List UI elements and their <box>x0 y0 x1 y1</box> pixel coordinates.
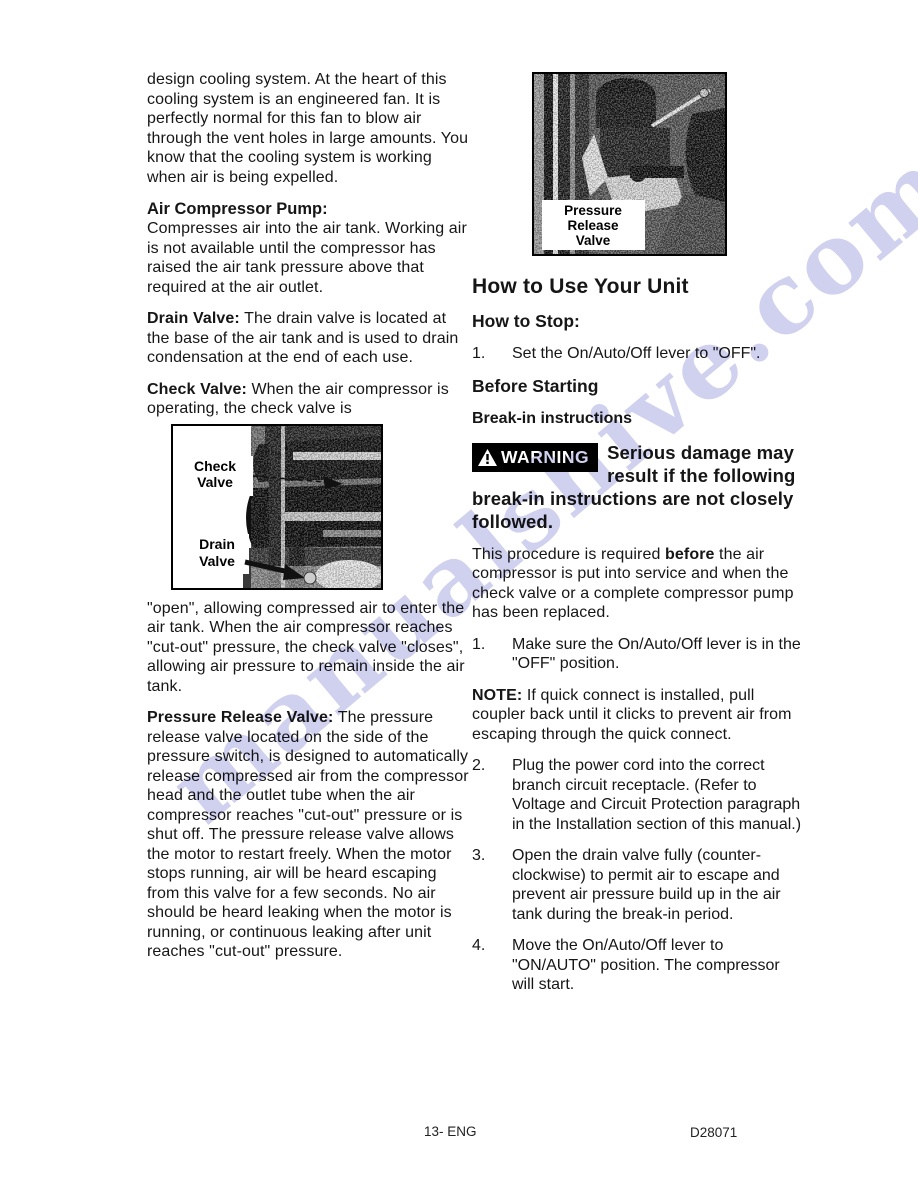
right-column: Pressure Release Valve How to Use Your U… <box>472 72 805 995</box>
check-valve-continued: "open", allowing compressed air to enter… <box>147 599 469 697</box>
note-paragraph: NOTE: If quick connect is installed, pul… <box>472 686 805 745</box>
step-text: Plug the power cord into the correct bra… <box>512 756 805 834</box>
figure-check-valve-label-line2: Valve <box>197 474 233 490</box>
breakin-step-3: 3. Open the drain valve fully (counter-c… <box>472 846 805 924</box>
warning-block: WARNING Serious damage may result if the… <box>472 441 805 533</box>
pressure-release-figure: Pressure Release Valve <box>532 72 727 256</box>
pressure-release-text: The pressure release valve located on th… <box>147 709 469 960</box>
pressure-release-paragraph: Pressure Release Valve: The pressure rel… <box>147 708 469 962</box>
check-valve-label: Check Valve: <box>147 381 247 398</box>
breakin-heading: Break-in instructions <box>472 410 805 428</box>
figure-prv-label-line1: Pressure <box>564 203 622 218</box>
procedure-bold-word: before <box>665 546 715 563</box>
pressure-release-label: Pressure Release Valve: <box>147 709 333 726</box>
step-number: 4. <box>472 936 512 995</box>
warning-triangle-icon <box>478 449 497 466</box>
procedure-paragraph: This procedure is required before the ai… <box>472 545 805 623</box>
breakin-step-2: 2. Plug the power cord into the correct … <box>472 756 805 834</box>
breakin-step-1: 1. Make sure the On/Auto/Off lever is in… <box>472 635 805 674</box>
document-number: D28071 <box>690 1125 737 1140</box>
step-number: 3. <box>472 846 512 924</box>
drain-valve-label: Drain Valve: <box>147 310 240 327</box>
pump-body: Compresses air into the air tank. Workin… <box>147 219 469 297</box>
figure-prv-label-line2: Release <box>567 218 619 233</box>
step-number: 2. <box>472 756 512 834</box>
procedure-pre: This procedure is required <box>472 546 665 563</box>
check-valve-figure: Check Valve Drain Valve <box>171 424 383 590</box>
check-valve-paragraph: Check Valve: When the air compressor is … <box>147 380 469 419</box>
figure-drain-valve-label-line1: Drain <box>199 536 235 552</box>
warning-badge: WARNING <box>472 443 598 472</box>
stop-step: 1. Set the On/Auto/Off lever to "OFF". <box>472 344 805 364</box>
drain-valve-knob <box>304 572 316 584</box>
step-text: Move the On/Auto/Off lever to "ON/AUTO" … <box>512 936 805 995</box>
stop-step-number: 1. <box>472 344 512 364</box>
before-starting-heading: Before Starting <box>472 376 805 397</box>
page-number: 13- ENG <box>424 1124 477 1139</box>
warning-badge-text: WARNING <box>501 446 589 469</box>
how-to-use-heading: How to Use Your Unit <box>472 275 805 299</box>
stop-step-text: Set the On/Auto/Off lever to "OFF". <box>512 344 805 364</box>
how-to-stop-heading: How to Stop: <box>472 311 805 332</box>
breakin-step-4: 4. Move the On/Auto/Off lever to "ON/AUT… <box>472 936 805 995</box>
figure-drain-valve-label-line2: Valve <box>199 553 235 569</box>
figure-check-valve-label-line1: Check <box>194 458 236 474</box>
manual-page: design cooling system. At the heart of t… <box>0 0 918 1188</box>
drain-valve-paragraph: Drain Valve: The drain valve is located … <box>147 309 469 368</box>
step-text: Open the drain valve fully (counter-cloc… <box>512 846 805 924</box>
figure-prv-label-line3: Valve <box>576 233 611 248</box>
note-label: NOTE: <box>472 687 522 704</box>
pump-section: Air Compressor Pump: Compresses air into… <box>147 199 469 297</box>
pump-heading: Air Compressor Pump: <box>147 199 469 219</box>
check-valve-photo: Check Valve Drain Valve <box>173 426 381 588</box>
intro-paragraph: design cooling system. At the heart of t… <box>147 70 469 187</box>
pressure-release-photo: Pressure Release Valve <box>534 74 725 254</box>
step-number: 1. <box>472 635 512 674</box>
step-text: Make sure the On/Auto/Off lever is in th… <box>512 635 805 674</box>
left-column: design cooling system. At the heart of t… <box>147 70 469 962</box>
